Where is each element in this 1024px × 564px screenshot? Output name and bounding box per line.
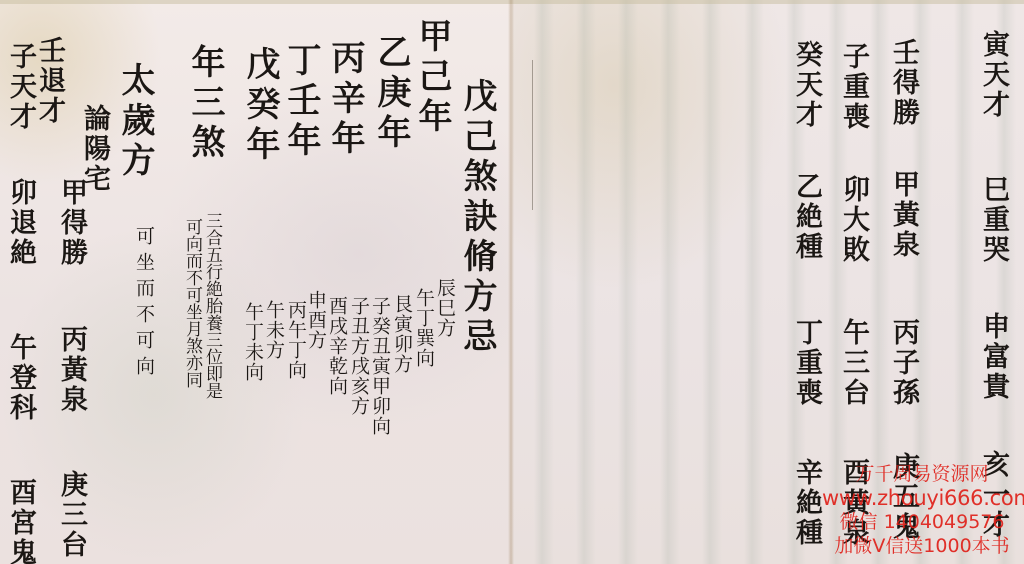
annotation: 午未方 xyxy=(264,300,283,360)
right-col-4-item: 丁重喪 xyxy=(793,318,820,408)
yang-zhai-ren: 壬退才 xyxy=(36,36,63,126)
watermark-promo: 加微V信送1000本书 xyxy=(822,534,1022,558)
right-col-1-item: 寅天才 xyxy=(980,30,1007,120)
yang-zhai-jia: 甲得勝 xyxy=(58,178,85,268)
right-col-3-item: 子重喪 xyxy=(840,42,867,132)
manuscript-spread: 戊己煞訣脩方忌 甲己年 乙庚年 丙辛年 丁壬年 戊癸年 辰巳方 午丁巽向 艮寅卯… xyxy=(0,0,1024,564)
year-column-wu-gui: 戊癸年 xyxy=(243,46,277,166)
watermark-site-name: 万千周易资源网 xyxy=(822,462,1022,486)
section-title: 戊己煞訣脩方忌 xyxy=(460,78,494,358)
watermark: 万千周易资源网 www.zhouyi666.com 微信 1404049576 … xyxy=(822,462,1022,558)
annotation: 艮寅卯方 xyxy=(392,294,411,374)
tai-sui-note: 可坐而不可向 xyxy=(134,226,153,382)
nian-san-sha-note-1: 三合五行絶胎養三位即是 xyxy=(203,212,220,399)
annotation: 丙午丁向 xyxy=(286,300,305,380)
nian-san-sha-heading: 年三煞 xyxy=(188,44,222,164)
yang-zhai-mao: 卯退絶 xyxy=(7,178,34,268)
right-col-4-item: 癸天才 xyxy=(793,40,820,130)
yang-zhai-geng: 庚三台 xyxy=(58,470,85,560)
annotation: 午丁巽向 xyxy=(414,288,433,368)
yang-zhai-zi: 子天才 xyxy=(7,42,34,132)
yang-zhai-wu: 午登科 xyxy=(7,333,34,423)
right-col-3-item: 卯大敗 xyxy=(840,175,867,265)
year-column-yi-geng: 乙庚年 xyxy=(374,34,408,154)
right-col-3-item: 午三台 xyxy=(840,318,867,408)
page-fold xyxy=(508,0,514,564)
margin-rule xyxy=(532,60,533,210)
right-col-1-item: 申富貴 xyxy=(980,312,1007,402)
yang-zhai-you: 酉宮鬼 xyxy=(7,478,34,564)
right-col-1-item: 巳重哭 xyxy=(980,175,1007,265)
yang-zhai-bing: 丙黃泉 xyxy=(58,325,85,415)
annotation: 子丑方戌亥方 xyxy=(349,296,368,416)
annotation: 午丁未向 xyxy=(243,302,262,382)
tai-sui-heading: 太歲方 xyxy=(118,62,152,182)
right-col-4-item: 乙絶種 xyxy=(793,172,820,262)
right-col-2-item: 壬得勝 xyxy=(890,38,917,128)
right-col-2-item: 甲黃泉 xyxy=(890,170,917,260)
watermark-url: www.zhouyi666.com xyxy=(822,486,1022,510)
year-column-bing-xin: 丙辛年 xyxy=(328,40,362,160)
annotation: 辰巳方 xyxy=(435,278,454,338)
watermark-wechat: 微信 1404049576 xyxy=(822,510,1022,534)
year-column-ding-ren: 丁壬年 xyxy=(284,42,318,162)
annotation: 酉戌辛乾向 xyxy=(327,296,346,396)
right-col-2-item: 丙子孫 xyxy=(890,318,917,408)
annotation: 子癸丑寅甲卯向 xyxy=(370,296,389,436)
annotation: 申酉方 xyxy=(306,290,325,350)
year-column-jia-ji: 甲己年 xyxy=(415,18,449,138)
nian-san-sha-note-2: 可向而不可坐月煞亦同 xyxy=(183,218,200,388)
right-col-4-item: 辛絶種 xyxy=(793,458,820,548)
